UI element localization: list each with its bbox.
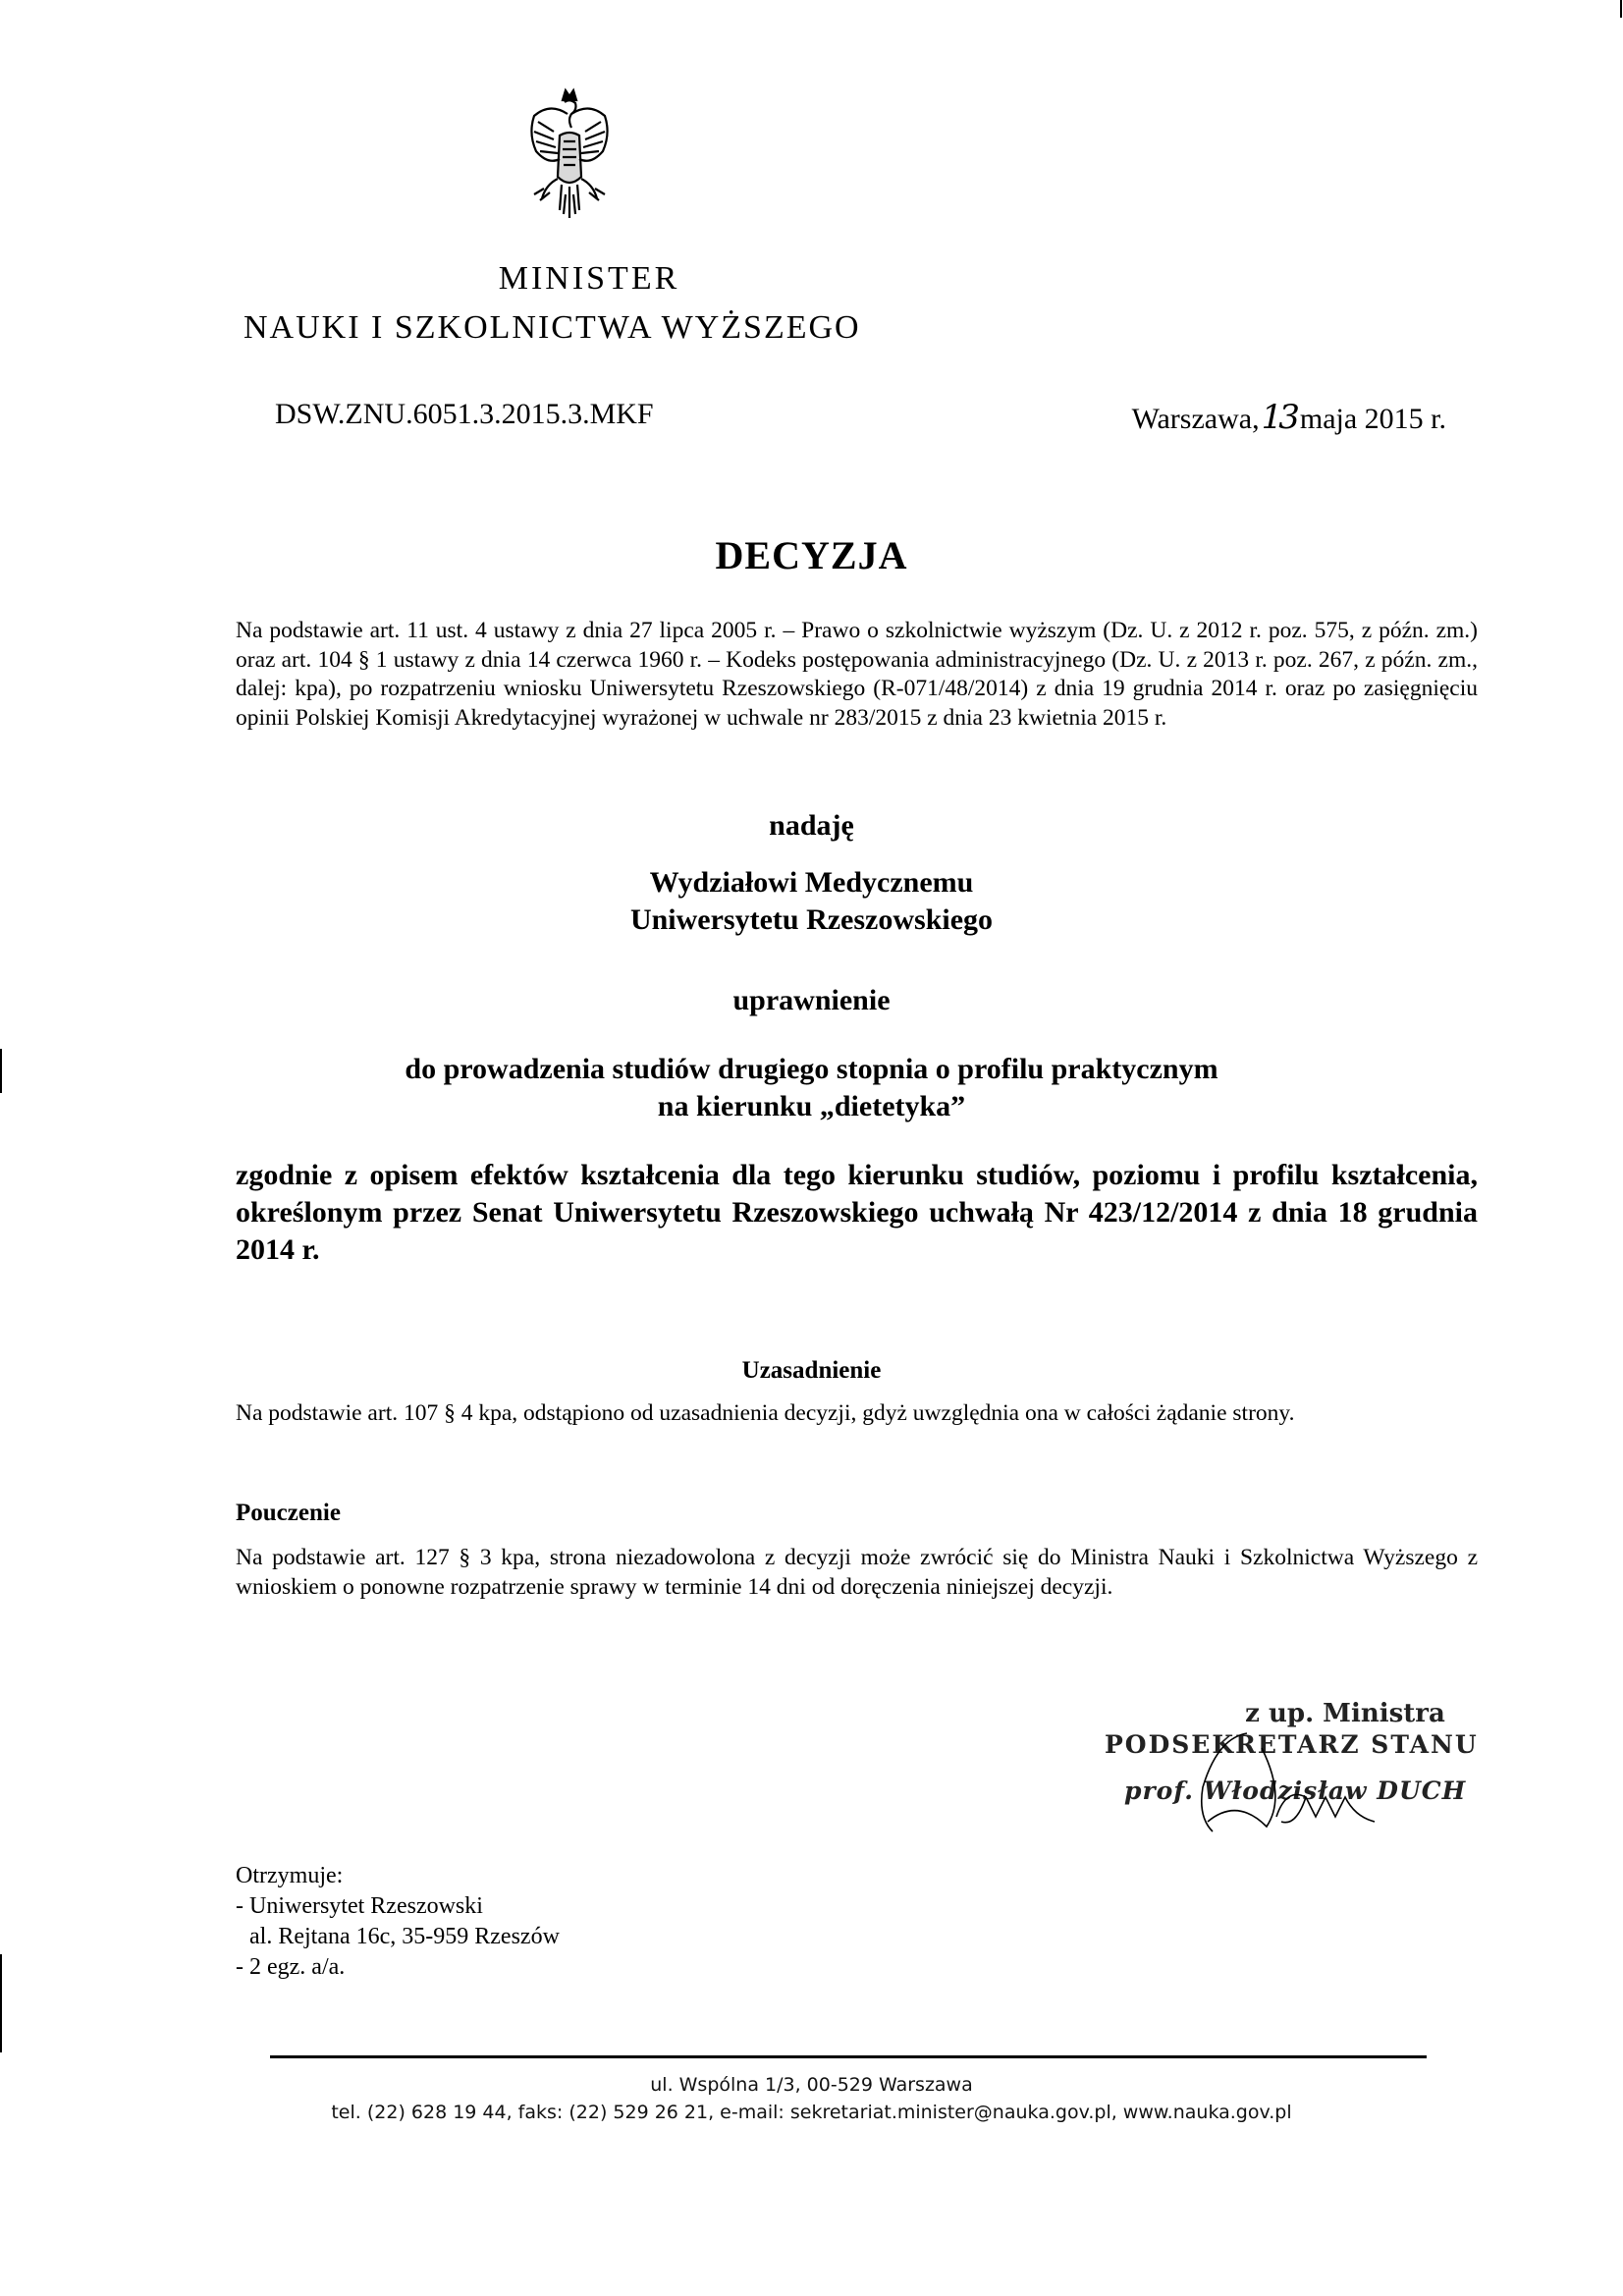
decision-scope: do prowadzenia studiów drugiego stopnia … bbox=[0, 1051, 1623, 1125]
date-rest: maja 2015 r. bbox=[1300, 403, 1446, 435]
recipient-line-2: Uniwersytetu Rzeszowskiego bbox=[0, 902, 1623, 939]
justification-heading: Uzasadnienie bbox=[0, 1357, 1623, 1385]
recipient-line-1: Wydziałowi Medycznemu bbox=[0, 864, 1623, 902]
minister-title: MINISTER bbox=[0, 260, 1178, 298]
scan-margin-mark bbox=[1620, 0, 1622, 18]
scan-margin-mark bbox=[0, 1049, 2, 1093]
instruction-text: Na podstawie art. 127 § 3 kpa, strona ni… bbox=[236, 1544, 1478, 1602]
instruction-heading: Pouczenie bbox=[236, 1500, 341, 1527]
recipients-block: Otrzymuje: - Uniwersytet Rzeszowski al. … bbox=[236, 1861, 560, 1983]
decision-recipient: Wydziałowi Medycznemu Uniwersytetu Rzesz… bbox=[0, 864, 1623, 939]
handwritten-signature-icon bbox=[1178, 1728, 1414, 1836]
date-day-handwritten: 13 bbox=[1262, 398, 1296, 437]
date-line: Warszawa,13maja 2015 r. bbox=[1132, 398, 1446, 437]
recipients-label: Otrzymuje: bbox=[236, 1861, 560, 1891]
reference-number: DSW.ZNU.6051.3.2015.3.MKF bbox=[275, 398, 654, 431]
justification-text: Na podstawie art. 107 § 4 kpa, odstąpion… bbox=[236, 1399, 1478, 1429]
scope-line-2: na kierunku „dietetyka” bbox=[0, 1088, 1623, 1125]
polish-eagle-emblem-icon bbox=[520, 86, 619, 234]
scope-line-1: do prowadzenia studiów drugiego stopnia … bbox=[0, 1051, 1623, 1088]
recipient-item: - Uniwersytet Rzeszowski bbox=[236, 1891, 560, 1922]
recipient-item: al. Rejtana 16c, 35-959 Rzeszów bbox=[236, 1922, 560, 1952]
footer-divider bbox=[270, 2055, 1427, 2058]
ministry-name: NAUKI I SZKOLNICTWA WYŻSZEGO bbox=[243, 309, 861, 347]
signature-line-1: z up. Ministra bbox=[1105, 1699, 1517, 1728]
decision-conformity: zgodnie z opisem efektów kształcenia dla… bbox=[236, 1157, 1478, 1269]
footer-address: ul. Wspólna 1/3, 00-529 Warszawa bbox=[0, 2074, 1623, 2096]
decision-object: uprawnienie bbox=[0, 982, 1623, 1019]
decision-verb: nadaję bbox=[0, 807, 1623, 845]
footer-contact: tel. (22) 628 19 44, faks: (22) 529 26 2… bbox=[0, 2102, 1623, 2123]
preamble-paragraph: Na podstawie art. 11 ust. 4 ustawy z dni… bbox=[236, 617, 1478, 733]
scan-margin-mark bbox=[0, 1954, 2, 2052]
document-title: DECYZJA bbox=[0, 532, 1623, 578]
date-city: Warszawa, bbox=[1132, 403, 1260, 435]
recipient-item: - 2 egz. a/a. bbox=[236, 1952, 560, 1983]
